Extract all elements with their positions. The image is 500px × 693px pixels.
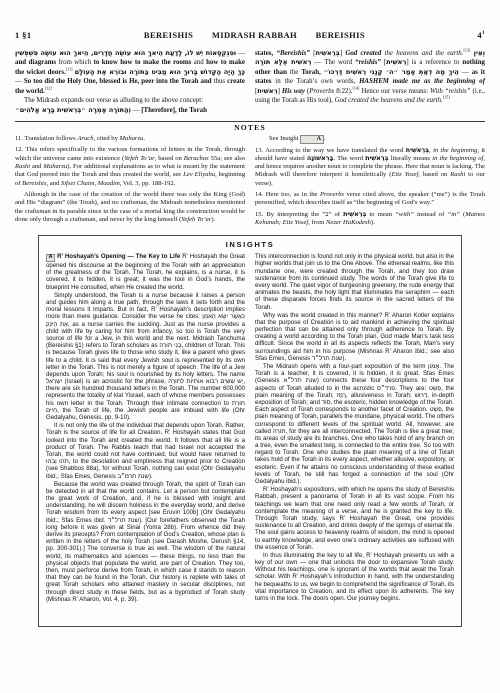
midrash-right-column: states, “Bereishis” [בְּרֵאשִׁית] God cr… (255, 49, 485, 115)
see-insight-reference: See Insight A. (255, 135, 485, 143)
insights-section-title: INSIGHTS (46, 240, 454, 249)
midrash-paragraph: וּפִנְקְסָאוֹת יֵשׁ לוֹ, לָדַעַת הֵיאךְ … (15, 49, 245, 96)
page-number-superscript: 1 (482, 30, 485, 36)
note-14: 14. Here too, as in the Proverbs verse c… (255, 191, 485, 208)
insight-paragraph: R’ Hoshayah’s expositions, with which he… (255, 486, 454, 551)
running-title-left: BEREISHIS (144, 30, 193, 40)
insights-right-column: This interconnection is found not only i… (255, 253, 454, 603)
notes-left-column: 11. Translation follows Aruch, cited by … (15, 135, 245, 230)
insight-paragraph: Why was the world created in this manner… (255, 312, 454, 362)
insight-paragraph: Because the world was created through To… (46, 481, 245, 603)
insight-paragraph: In thus illuminating the key to all life… (255, 552, 454, 602)
page-number: 41 (477, 30, 485, 40)
notes-section: 11. Translation follows Aruch, cited by … (15, 135, 485, 230)
running-title-center: MIDRASH RABBAH (212, 30, 297, 40)
insights-body: A R’ Hoshayah’s Opening — The Key to Lif… (46, 253, 454, 603)
note-12-continuation: Although in the case of the creation of … (15, 191, 245, 224)
midrash-paragraph: The Midrash expands our verse as alludin… (15, 96, 245, 105)
notes-section-title: NOTES (15, 123, 485, 132)
midrash-paragraph: וְהַתּוֹרָה אָמְרָה ״בְּרֵאשִׁית בָּרָא … (15, 106, 245, 115)
insights-left-column: A R’ Hoshayah’s Opening — The Key to Lif… (46, 253, 245, 603)
notes-right-column: See Insight A. 13. According to the way … (255, 135, 485, 230)
notes-divider-rule (15, 121, 485, 122)
insight-paragraph: This interconnection is found not only i… (255, 253, 454, 311)
note-15: 15. By interpreting the “ב” of בְּרֵאשִׁ… (255, 211, 485, 228)
insight-paragraph: Simply understood, the Torah is a nurse … (46, 292, 245, 421)
midrash-text: וּפִנְקְסָאוֹת יֵשׁ לוֹ, לָדַעַת הֵיאךְ … (15, 49, 485, 115)
running-title: BEREISHIS MIDRASH RABBAH BEREISHIS (136, 30, 373, 40)
insights-box: INSIGHTS A R’ Hoshayah’s Opening — The K… (38, 235, 462, 627)
midrash-paragraph: states, “Bereishis” [בְּרֵאשִׁית] God cr… (255, 49, 485, 106)
insight-lead-paragraph: A R’ Hoshayah’s Opening — The Key to Lif… (46, 253, 245, 291)
note-13: 13. According to the way we have transla… (255, 147, 485, 188)
note-12: 12. This refers specifically to the vari… (15, 146, 245, 187)
insight-paragraph: It is not only the life of the individua… (46, 422, 245, 480)
midrash-left-column: וּפִנְקְסָאוֹת יֵשׁ לוֹ, לָדַעַת הֵיאךְ … (15, 49, 245, 115)
section-reference: 1 §1 (15, 30, 31, 40)
book-page: 1 §1 BEREISHIS MIDRASH RABBAH BEREISHIS … (0, 0, 500, 627)
page-header: 1 §1 BEREISHIS MIDRASH RABBAH BEREISHIS … (15, 30, 485, 40)
running-title-right: BEREISHIS (316, 30, 365, 40)
insight-paragraph: The Midrash opens with a four-part expos… (255, 363, 454, 485)
note-11: 11. Translation follows Aruch, cited by … (15, 135, 245, 143)
